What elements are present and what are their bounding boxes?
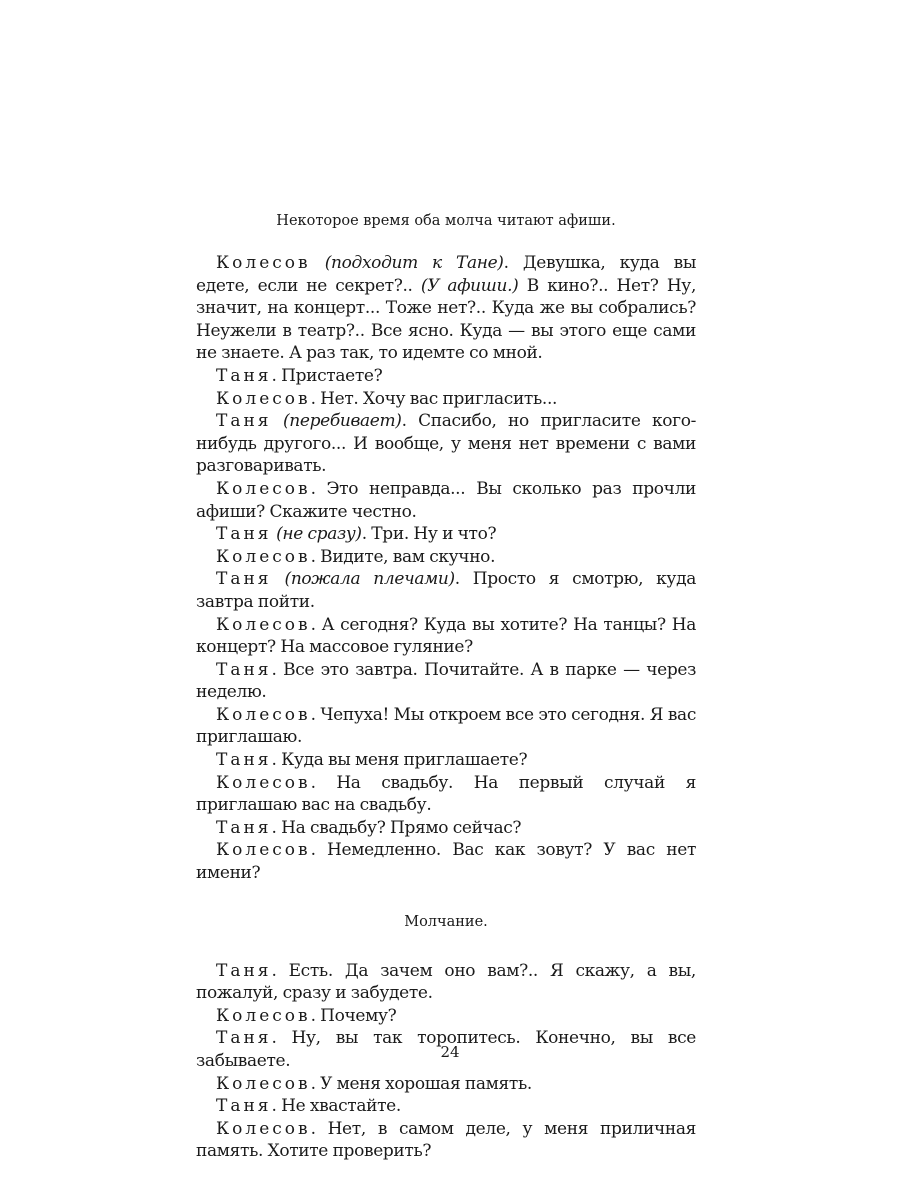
dialogue-line: Таня (пожала плечами). Просто я смотрю, … (196, 568, 696, 613)
dialogue-line: Колесов. Это неправда... Вы сколько раз … (196, 478, 696, 523)
speaker-name: Колесов (216, 840, 311, 860)
line-text: . Куда вы меня приглашаете? (272, 750, 528, 770)
speaker-name: Таня (216, 660, 272, 680)
line-text: . Не хвастайте. (272, 1096, 401, 1116)
speaker-name: Колесов (216, 1074, 311, 1094)
dialogue-line: Колесов. Почему? (196, 1005, 696, 1028)
dialogue-line: Колесов. У меня хорошая память. (196, 1073, 696, 1096)
stage-remark: (перебивает) (283, 411, 402, 431)
speaker-name: Таня (216, 569, 272, 589)
dialogue-line: Таня. Куда вы меня приглашаете? (196, 749, 696, 772)
dialogue-line: Колесов. Нет, в самом деле, у меня прили… (196, 1118, 696, 1163)
stage-remark: (У афиши.) (421, 276, 519, 296)
speaker-name: Колесов (216, 389, 311, 409)
dialogue-line: Колесов. А сегодня? Куда вы хотите? На т… (196, 614, 696, 659)
dialogue-line: Таня. Все это завтра. Почитайте. А в пар… (196, 659, 696, 704)
speaker-name: Таня (216, 1096, 272, 1116)
speaker-name: Таня (216, 750, 272, 770)
line-text: . Почему? (311, 1006, 397, 1026)
line-text: . Пристаете? (272, 366, 383, 386)
speaker-name: Колесов (216, 1006, 311, 1026)
line-text: . Есть. Да зачем оно вам?.. Я скажу, а в… (196, 961, 696, 1004)
dialogue-line: Таня (перебивает). Спасибо, но пригласит… (196, 410, 696, 478)
dialogue-line: Таня. На свадьбу? Прямо сейчас? (196, 817, 696, 840)
speaker-name: Колесов (216, 253, 311, 273)
speaker-name: Колесов (216, 547, 311, 567)
line-text: . Видите, вам скучно. (311, 547, 496, 567)
speaker-name: Колесов (216, 705, 311, 725)
dialogue-line: Таня (не сразу). Три. Ну и что? (196, 523, 696, 546)
line-text: . На свадьбу? Прямо сейчас? (272, 818, 522, 838)
dialogue-line: Колесов. На свадьбу. На первый случай я … (196, 772, 696, 817)
page-body: Некоторое время оба молча читают афиши. … (196, 210, 696, 1163)
stage-direction: Некоторое время оба молча читают афиши. (196, 210, 696, 232)
dialogue-line: Колесов. Видите, вам скучно. (196, 546, 696, 569)
stage-remark: (подходит к Тане) (325, 253, 504, 273)
speaker-name: Таня (216, 961, 272, 981)
stage-remark: (пожала плечами) (285, 569, 455, 589)
speaker-name: Колесов (216, 479, 311, 499)
line-text: . Все это завтра. Почитайте. А в парке —… (196, 660, 696, 703)
dialogue-line: Таня. Не хвастайте. (196, 1095, 696, 1118)
dialogue-line: Колесов. Нет. Хочу вас пригласить... (196, 388, 696, 411)
dialogue-line: Колесов. Чепуха! Мы откроем все это сего… (196, 704, 696, 749)
page-number: 24 (0, 1043, 900, 1061)
speaker-name: Колесов (216, 773, 311, 793)
line-text: . Нет. Хочу вас пригласить... (311, 389, 557, 409)
line-text: . Три. Ну и что? (362, 524, 497, 544)
dialogue-line: Колесов. Немедленно. Вас как зовут? У ва… (196, 839, 696, 884)
dialogue-line: Таня. Пристаете? (196, 365, 696, 388)
speaker-name: Колесов (216, 615, 311, 635)
dialogue-line: Колесов (подходит к Тане). Девушка, куда… (196, 252, 696, 365)
speaker-name: Таня (216, 411, 272, 431)
line-text: . У меня хорошая память. (311, 1074, 532, 1094)
speaker-name: Таня (216, 818, 272, 838)
speaker-name: Таня (216, 524, 272, 544)
stage-direction: Молчание. (196, 911, 696, 933)
speaker-name: Колесов (216, 1119, 311, 1139)
dialogue-line: Таня. Есть. Да зачем оно вам?.. Я скажу,… (196, 960, 696, 1005)
stage-remark: (не сразу) (276, 524, 362, 544)
speaker-name: Таня (216, 366, 272, 386)
